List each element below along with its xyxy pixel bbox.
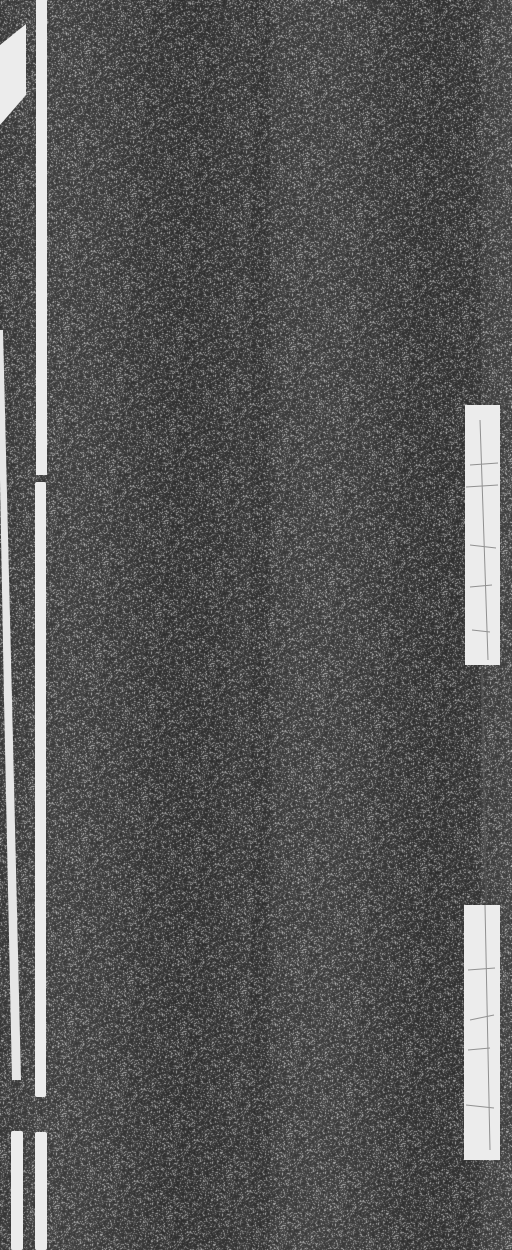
road-surface-image bbox=[0, 0, 512, 1250]
bottom-double-line-left bbox=[11, 1131, 23, 1250]
pavement-crack bbox=[482, 670, 486, 900]
left-tapering-line bbox=[0, 330, 21, 1080]
right-dash-1 bbox=[465, 405, 500, 665]
left-edge-solid-line-lower bbox=[35, 482, 46, 1097]
lane-markings bbox=[0, 0, 512, 1250]
left-diagonal-chevron bbox=[0, 24, 26, 125]
left-edge-solid-line-upper bbox=[36, 0, 47, 475]
right-dash-2 bbox=[464, 905, 500, 1160]
bottom-double-line-right bbox=[35, 1132, 47, 1250]
